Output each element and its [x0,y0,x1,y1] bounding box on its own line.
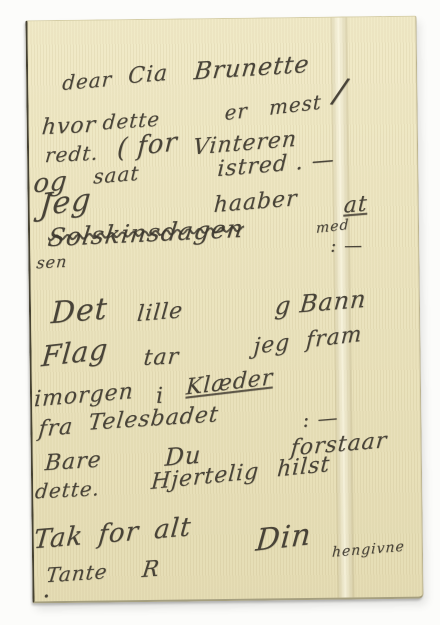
handwriting-word: ( for [116,129,178,162]
handwriting-word: dear [62,69,113,93]
handwriting-word: jeg fram [253,324,363,359]
handwriting-word: Jeg [38,185,92,222]
handwriting-word: er mest [224,91,322,123]
handwriting-word: Tak for alt [33,514,193,553]
handwriting-word: saat [93,163,140,187]
handwriting-word: i [156,386,164,408]
handwriting-word: Bare [44,449,102,475]
handwriting-word: Flag [40,335,109,371]
pen-stroke: : — [302,407,340,430]
handwriting-word: g Bann [274,287,368,319]
postcard: dear Cia Brunette ∕ hvor dette er mest r… [25,16,423,604]
handwriting-word: Cia [128,63,169,88]
handwriting-word: dette. [34,478,101,501]
handwriting-word: Telesbadet [87,404,220,435]
handwriting-word: haaber [213,188,298,217]
handwriting-word: imorgen [33,381,134,411]
handwriting-word: Det [50,294,108,329]
handwriting-word: hvor [41,115,97,140]
handwriting-word: redt. [44,143,99,166]
handwriting-word: at [343,193,368,217]
signature: Tante [45,561,109,585]
handwriting-word: R [141,558,161,582]
pen-stroke: : — [330,237,363,255]
handwriting-word: lille [136,300,184,326]
handwriting-word: sen [36,254,68,272]
pen-stroke: . [42,577,51,601]
handwriting-word: med [316,218,350,236]
photo-background: dear Cia Brunette ∕ hvor dette er mest r… [0,0,440,625]
pen-stroke: ∕ [332,74,349,109]
handwriting-word: Din [254,520,312,557]
handwriting-word: Brunette [193,52,311,84]
handwriting-word: Klæder [185,367,273,400]
handwriting-word: fra [37,416,74,441]
handwriting-word: dette [102,109,161,133]
handwriting-word-scribbled: Solskinsdagen [46,216,245,250]
handwriting-word: tar [143,346,180,370]
handwriting-word: hengivne [332,540,406,560]
